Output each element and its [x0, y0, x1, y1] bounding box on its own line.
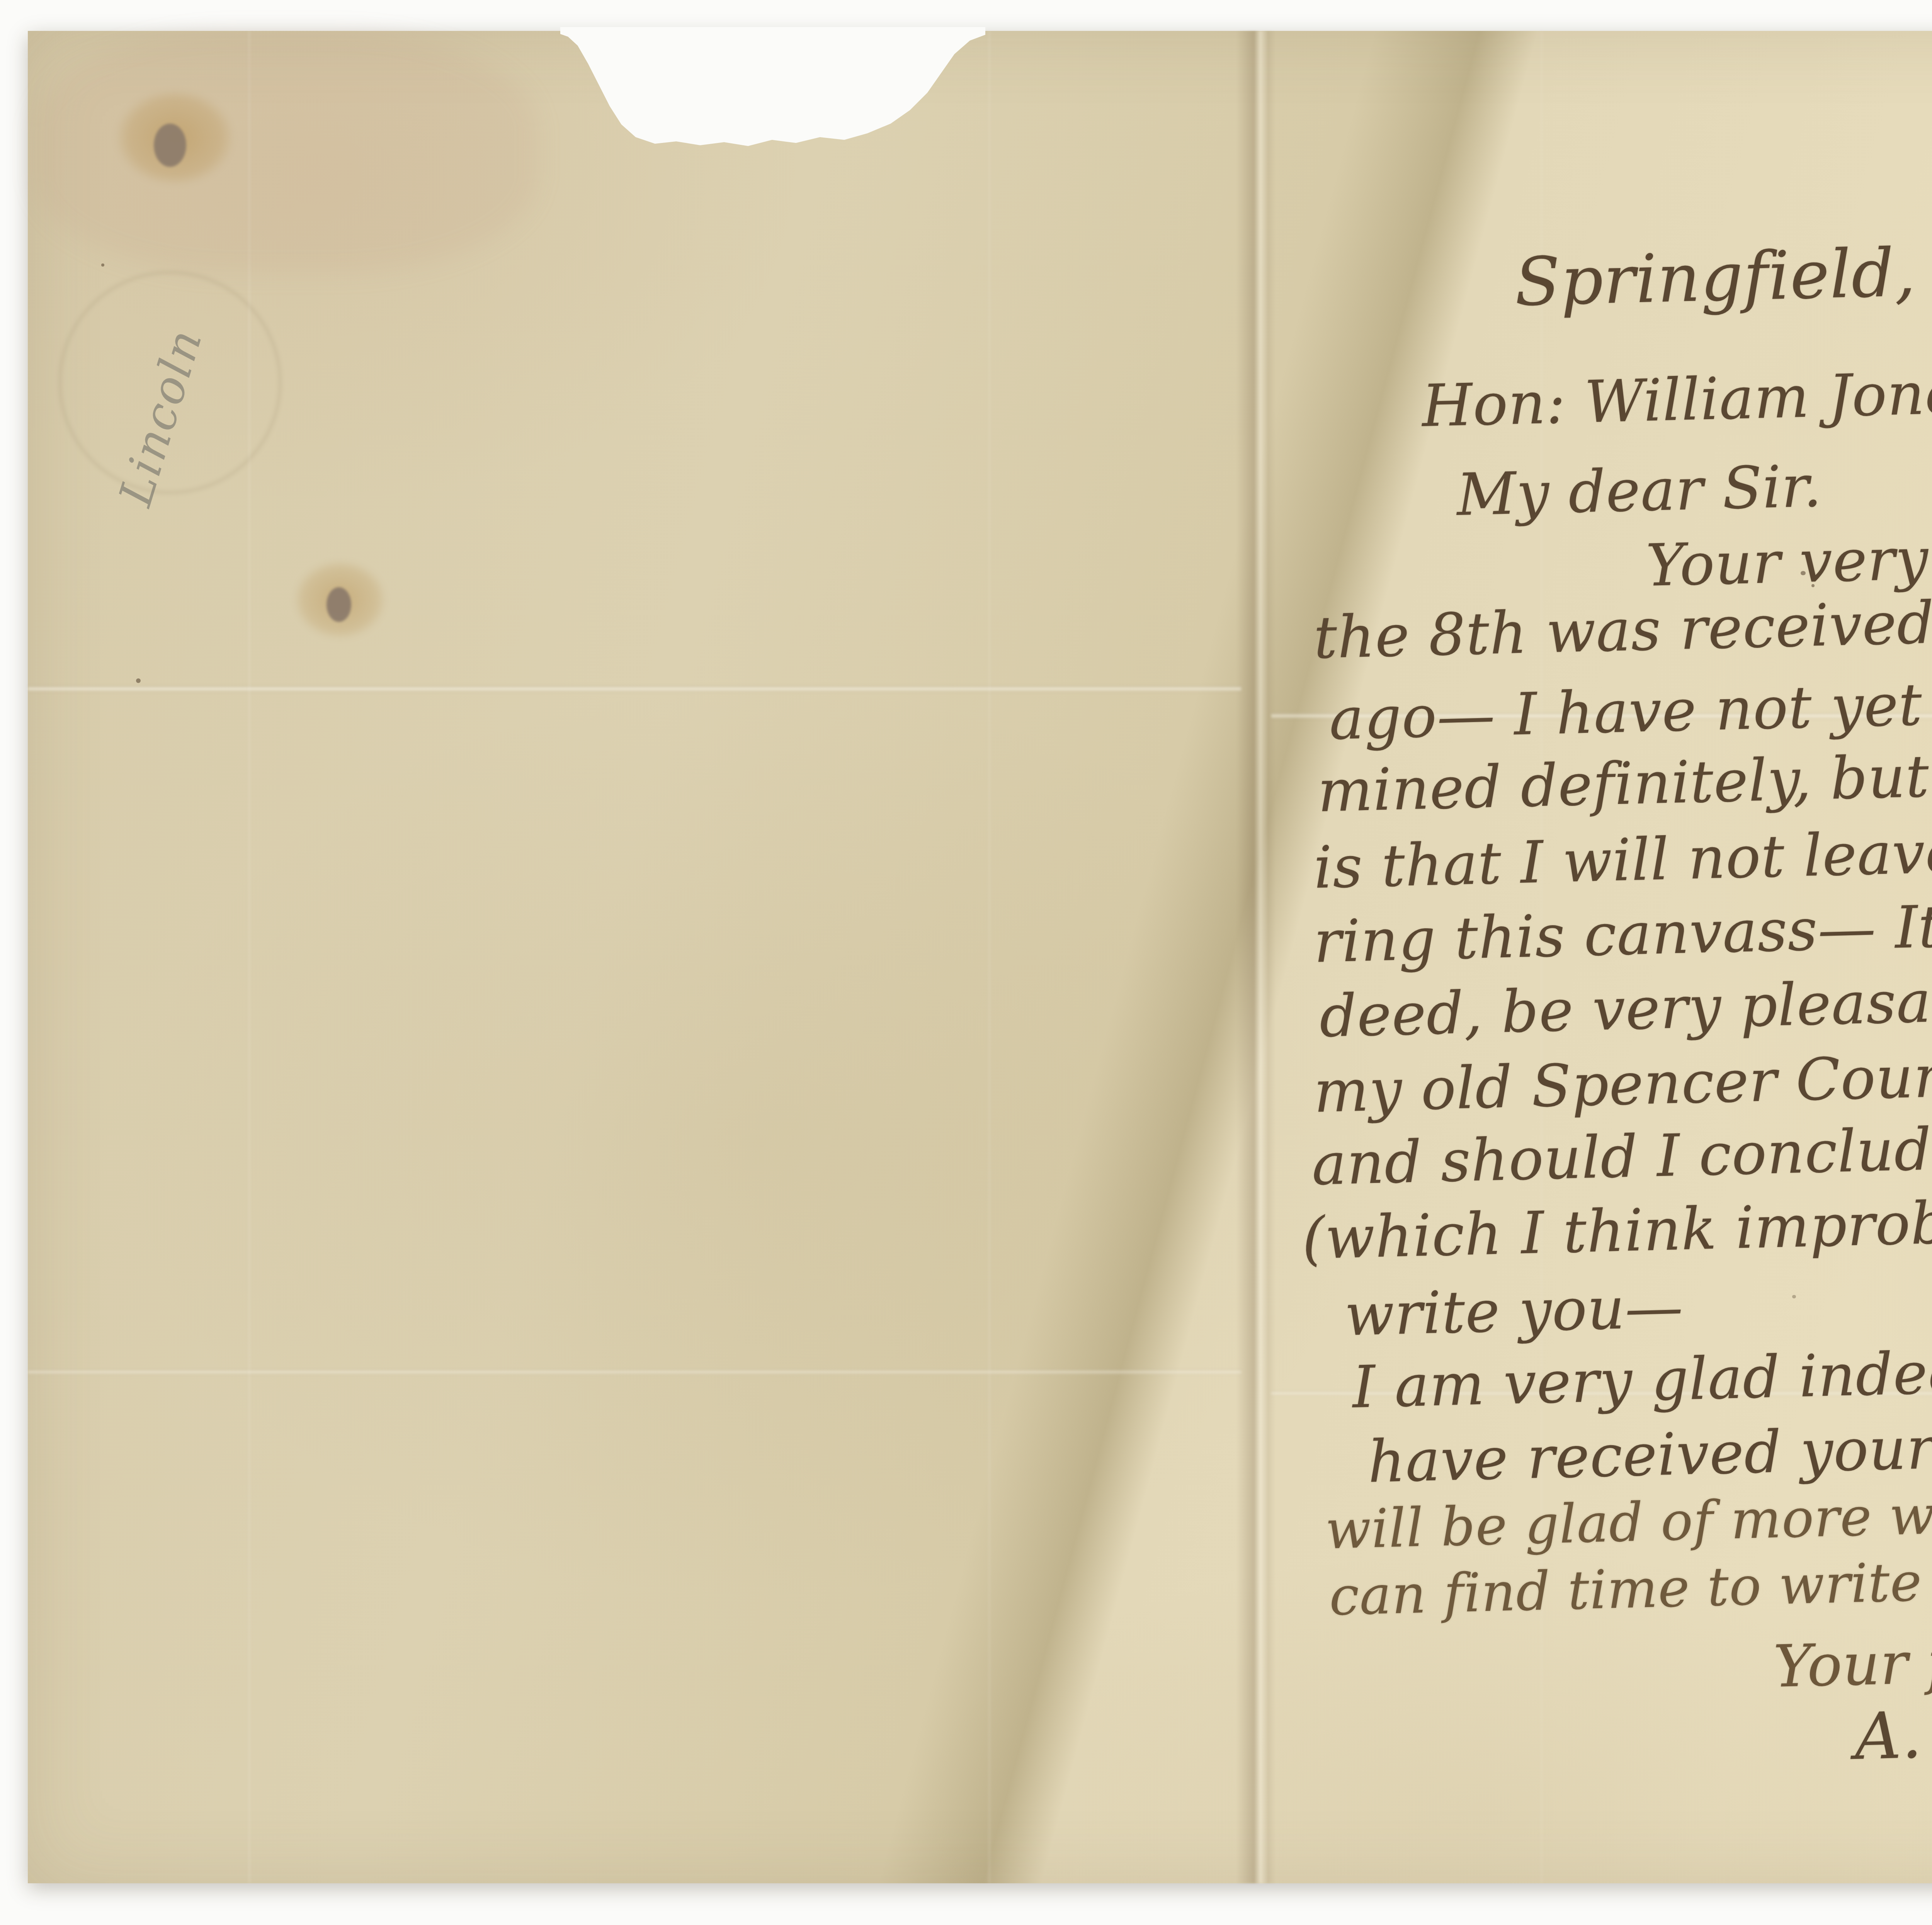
ink-stain — [327, 587, 351, 622]
ink-speck — [136, 678, 141, 683]
letter-recipient-line: Hon: William Jones — [1421, 359, 1932, 440]
letter-salutation: My dear Sir. — [1456, 453, 1823, 529]
letter-signature: A. Lincoln — [1854, 1692, 1932, 1774]
fold-crease — [28, 686, 1241, 692]
fold-crease — [988, 31, 991, 1883]
ink-speck — [101, 263, 104, 267]
ink-stain — [154, 124, 186, 167]
letter-scan: Lincoln Springfield, Ills. June 18. 1860… — [0, 0, 1932, 1925]
fold-crease — [28, 1369, 1241, 1375]
letter-body-line: write you— — [1344, 1274, 1684, 1349]
paper-discoloration — [35, 33, 537, 272]
ink-speck — [1792, 1295, 1796, 1298]
center-fold-gutter — [1236, 31, 1275, 1883]
